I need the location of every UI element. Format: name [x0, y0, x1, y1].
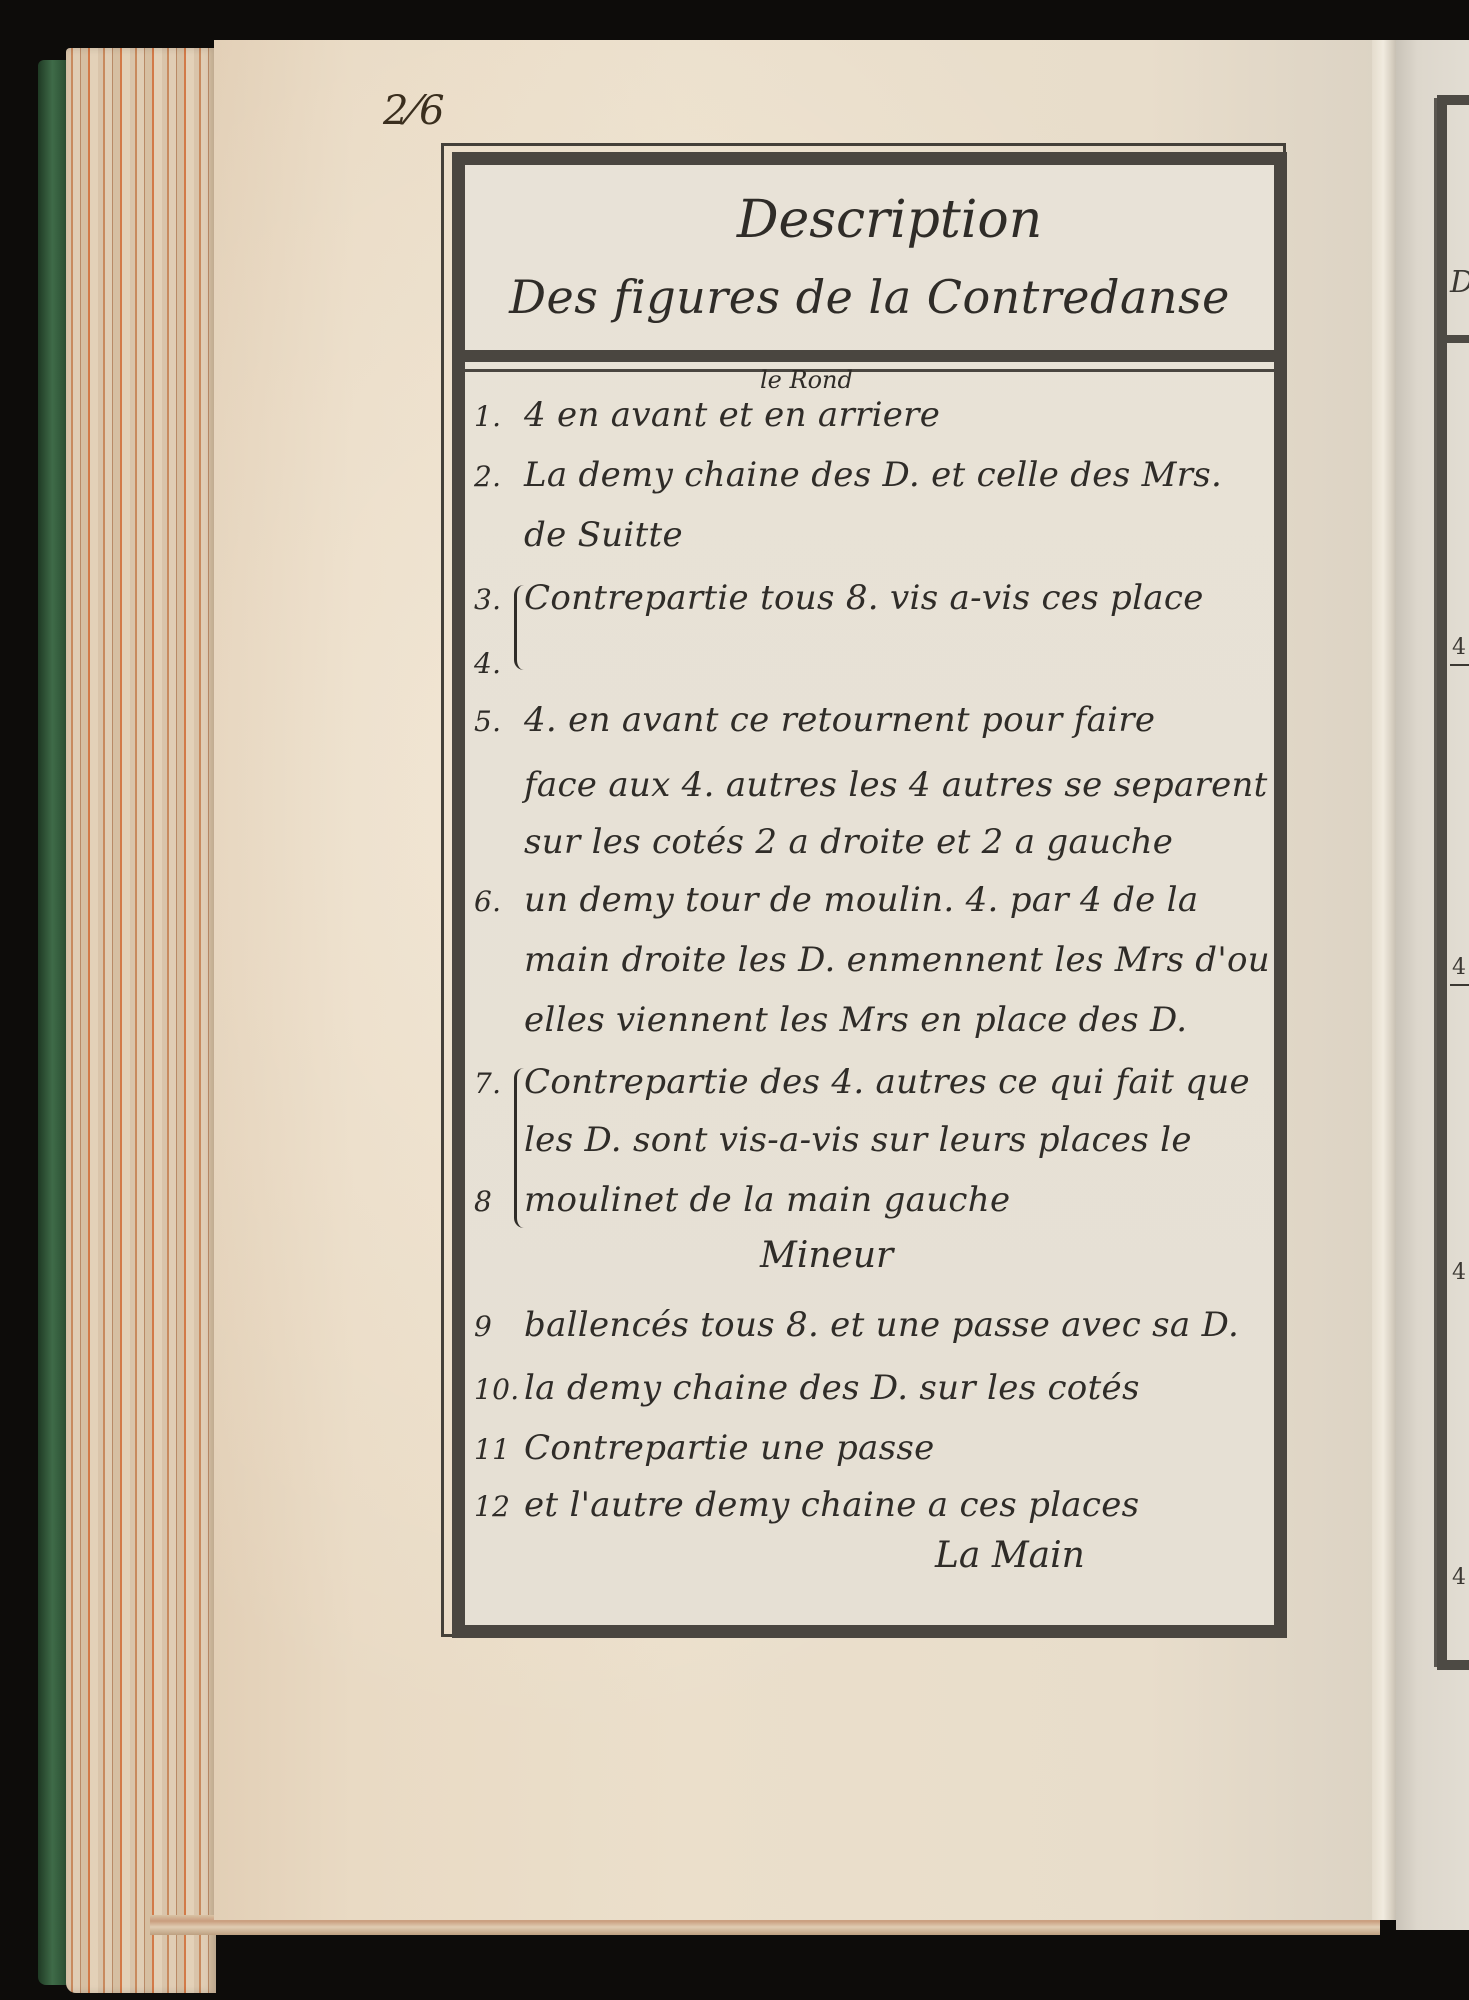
figure-line: de Suitte: [474, 515, 683, 555]
figure-line: les D. sont vis-a-vis sur leurs places l…: [474, 1120, 1192, 1160]
figure-line: 8moulinet de la main gauche: [474, 1180, 1010, 1220]
right-page-title-rule: [1447, 335, 1469, 343]
figure-line: sur les cotés 2 a droite et 2 a gauche: [474, 822, 1173, 862]
figure-text: la demy chaine des D. sur les cotés: [524, 1368, 1140, 1408]
section-heading-mineur: Mineur: [760, 1235, 1020, 1276]
right-page-figure-number: 4: [1452, 955, 1466, 980]
figure-line: 10.la demy chaine des D. sur les cotés: [474, 1368, 1140, 1408]
section-heading-la-main: La Main: [935, 1535, 1085, 1576]
figure-number: 11: [474, 1433, 524, 1466]
figure-number: 6.: [474, 885, 524, 918]
figure-text: 4. en avant ce retournent pour faire: [524, 700, 1155, 740]
figure-line: 1.4 en avant et en arriere: [474, 395, 940, 435]
figure-text: Contrepartie tous 8. vis a-vis ces place: [524, 578, 1204, 618]
right-page-figure-number: 4: [1452, 635, 1466, 660]
figure-text: main droite les D. enmennent les Mrs d'o…: [524, 940, 1270, 980]
page-title: Description: [465, 190, 1274, 250]
figure-text: Contrepartie une passe: [524, 1428, 935, 1468]
page-subtitle: Des figures de la Contredanse: [465, 270, 1274, 324]
figure-line: face aux 4. autres les 4 autres se separ…: [474, 765, 1268, 805]
title-divider: [465, 350, 1274, 362]
section-heading-le-rond: le Rond: [760, 366, 853, 394]
right-page-figure-number: 4: [1452, 1565, 1466, 1590]
bracket-3-4: [514, 585, 531, 670]
figure-line: main droite les D. enmennent les Mrs d'o…: [474, 940, 1270, 980]
figure-line: 5.4. en avant ce retournent pour faire: [474, 700, 1155, 740]
figure-text: les D. sont vis-a-vis sur leurs places l…: [524, 1120, 1192, 1160]
right-page-figure-number: 4: [1452, 1260, 1466, 1285]
figure-text: elles viennent les Mrs en place des D.: [524, 1000, 1187, 1040]
figure-text: ballencés tous 8. et une passe avec sa D…: [524, 1305, 1239, 1345]
figure-number: 10.: [474, 1373, 524, 1406]
bracket-7-8: [514, 1068, 531, 1228]
figure-line: 7.Contrepartie des 4. autres ce qui fait…: [474, 1062, 1250, 1102]
right-page-title-fragment: D: [1450, 265, 1469, 300]
figure-line: 9ballencés tous 8. et une passe avec sa …: [474, 1305, 1239, 1345]
figure-number: 9: [474, 1310, 524, 1343]
book-page-edges: [66, 48, 216, 1993]
right-page-frame: [1437, 95, 1469, 1670]
figure-text: La demy chaine des D. et celle des Mrs.: [524, 455, 1222, 495]
figure-line: elles viennent les Mrs en place des D.: [474, 1000, 1187, 1040]
figure-text: sur les cotés 2 a droite et 2 a gauche: [524, 822, 1173, 862]
figure-line: 2.La demy chaine des D. et celle des Mrs…: [474, 455, 1222, 495]
figure-line: 12et l'autre demy chaine a ces places: [474, 1485, 1139, 1525]
figure-text: un demy tour de moulin. 4. par 4 de la: [524, 880, 1198, 920]
right-page-rule: [1450, 984, 1469, 986]
figure-line: 3.Contrepartie tous 8. vis a-vis ces pla…: [474, 578, 1204, 618]
figure-text: 4 en avant et en arriere: [524, 395, 940, 435]
figure-number: 2.: [474, 460, 524, 493]
figure-number: 12: [474, 1490, 524, 1523]
figure-text: Contrepartie des 4. autres ce qui fait q…: [524, 1062, 1250, 1102]
figure-text: moulinet de la main gauche: [524, 1180, 1010, 1220]
figure-line: 11Contrepartie une passe: [474, 1428, 935, 1468]
figure-text: de Suitte: [524, 515, 683, 555]
right-page-rule: [1450, 664, 1469, 666]
figure-text: face aux 4. autres les 4 autres se separ…: [524, 765, 1268, 805]
figure-line: 6.un demy tour de moulin. 4. par 4 de la: [474, 880, 1198, 920]
figure-text: et l'autre demy chaine a ces places: [524, 1485, 1139, 1525]
page-number: 2⁄6: [383, 88, 447, 134]
title-divider-thin: [465, 369, 1274, 372]
figure-number: 1.: [474, 400, 524, 433]
figure-number: 5.: [474, 705, 524, 738]
